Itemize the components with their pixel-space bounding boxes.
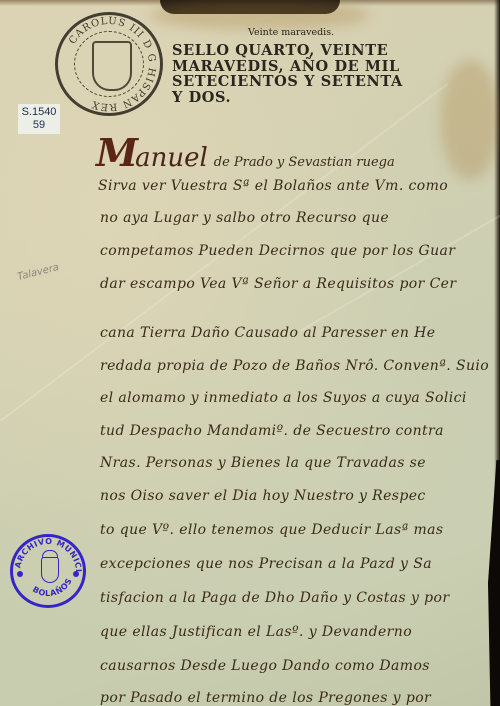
manuscript-line: dar escampo Vea Vª Señor a Requisitos po… bbox=[100, 276, 456, 292]
municipal-crest-icon bbox=[41, 557, 59, 583]
water-stain bbox=[150, 0, 370, 30]
manuscript-line: tud Despacho Mandamiº. de Secuestro cont… bbox=[100, 423, 444, 439]
manuscript-line: Nras. Personas y Bienes la que Travadas … bbox=[100, 455, 426, 471]
stamp-subtitle: Veinte maravedis. bbox=[248, 27, 334, 38]
manuscript-line: por Pasado el termino de los Pregones y … bbox=[100, 690, 431, 706]
stamp-header-line: Sello quarto, veinte bbox=[172, 43, 492, 59]
opening-text: de Prado y Sevastian ruega bbox=[214, 155, 395, 170]
scan-edge-right-lower bbox=[488, 460, 500, 706]
manuscript-line: no aya Lugar y salbo otro Recurso que bbox=[100, 210, 389, 226]
stamp-header-line: setecientos y setenta bbox=[172, 74, 492, 90]
catalog-item: 59 bbox=[18, 119, 60, 132]
manuscript-line: tisfacion a la Paga de Dho Daño y Costas… bbox=[100, 590, 449, 606]
stamp-dot-icon bbox=[73, 571, 79, 577]
manuscript-line: redada propia de Pozo de Baños Nrô. Conv… bbox=[100, 358, 489, 374]
decorated-initial: M bbox=[96, 130, 135, 175]
stamp-dot-icon bbox=[17, 571, 23, 577]
manuscript-line: causarnos Desde Luego Dando como Damos bbox=[100, 658, 430, 674]
coat-of-arms-icon bbox=[92, 41, 132, 91]
manuscript-line: que ellas Justifican el Lasº. y Devander… bbox=[100, 624, 412, 640]
stamped-paper-header: Sello quarto, veinte maravedis, año de m… bbox=[172, 43, 492, 105]
author-name: anuel bbox=[135, 143, 208, 173]
manuscript-line: nos Oiso saver el Dia hoy Nuestro y Resp… bbox=[100, 488, 426, 504]
manuscript-line: competamos Pueden Decirnos que por los G… bbox=[100, 243, 455, 259]
manuscript-line: excepciones que nos Precisan a la Pazd y… bbox=[100, 556, 432, 572]
royal-seal-icon: CAROLUS III D G HISPAN REX bbox=[55, 12, 163, 116]
scanned-document-page: CAROLUS III D G HISPAN REX Veinte marave… bbox=[0, 0, 500, 706]
manuscript-opening-line: Manuelde Prado y Sevastian ruega bbox=[96, 130, 395, 175]
stamp-header-line: maravedis, año de mil bbox=[172, 59, 492, 75]
catalog-label: S.1540 59 bbox=[18, 104, 60, 134]
archive-stamp-icon: ARCHIVO MUNICIPAL BOLAÑOS bbox=[10, 534, 86, 608]
stamp-header-line: y dos. bbox=[172, 90, 492, 106]
pencil-margin-note: Talavera bbox=[16, 262, 60, 283]
manuscript-line: to que Vº. ello tenemos que Deducir Lasª… bbox=[100, 522, 443, 538]
catalog-number: S.1540 bbox=[18, 106, 60, 119]
manuscript-line: Sirva ver Vuestra Sª el Bolaños ante Vm.… bbox=[98, 178, 448, 194]
manuscript-line: el alomamo y inmediato a los Suyos a cuy… bbox=[100, 390, 467, 406]
manuscript-line: cana Tierra Daño Causado al Paresser en … bbox=[100, 325, 435, 341]
